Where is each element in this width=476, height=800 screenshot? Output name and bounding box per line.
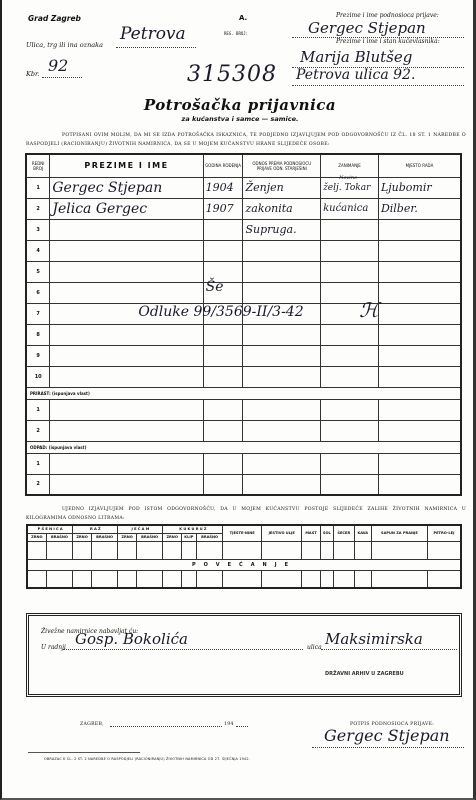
row-number: 10 xyxy=(26,366,50,387)
table-row: 2 xyxy=(26,420,461,441)
birth-year xyxy=(203,303,243,324)
birth-year xyxy=(203,240,243,261)
relation xyxy=(243,240,321,261)
shop-street-value: Maksimirska xyxy=(325,630,423,648)
prirast-label: PRIRAST: (ispunjava vlast) xyxy=(26,387,461,399)
relation xyxy=(243,345,321,366)
form-letter: A. xyxy=(239,14,247,22)
table-row: 5 xyxy=(26,261,461,282)
col-header-birth-year: GODINA ROĐENJA xyxy=(203,154,243,177)
table-row: 1 xyxy=(26,453,461,474)
form-subtitle: za kućanstva i samce — samice. xyxy=(2,115,476,123)
occupation-value: želj. Tokar xyxy=(323,183,370,193)
workplace: Dilber. xyxy=(378,198,461,219)
sub-grain: ZRNO xyxy=(73,533,91,541)
workplace xyxy=(378,261,461,282)
table-row: 10 xyxy=(26,366,461,387)
relation: Ženjen xyxy=(243,177,321,198)
relation: Supruga. xyxy=(243,219,321,240)
odpad-section-header: ODPAD: (ispunjava vlast) xyxy=(26,441,461,453)
occupation xyxy=(321,240,379,261)
birth-year xyxy=(203,219,243,240)
table-row: 7 Odluke 99/3569-II/3-42 ℋ xyxy=(26,303,461,324)
occupation: ℋ xyxy=(321,303,379,324)
form-title: Potrošačka prijavnica xyxy=(2,96,476,114)
signature-field: Gergec Stjepan xyxy=(312,732,464,748)
sub-flour: BRAŠNO xyxy=(91,533,118,541)
group-corn: K U K U R U Z xyxy=(163,525,223,533)
row-number: 5 xyxy=(26,261,50,282)
table-row: 1 Gergec Stjepan 1904 Ženjen Novino želj… xyxy=(26,177,461,198)
col-header-name: PREZIME I IME xyxy=(50,154,203,177)
archive-stamp: DRŽAVNI ARHIV U ZAGREBU xyxy=(325,671,404,677)
col-salt: SOL xyxy=(320,525,333,541)
person-name xyxy=(50,219,203,240)
row-number: 2 xyxy=(26,420,50,441)
row-number: 2 xyxy=(26,198,50,219)
stamp-number: 315308 xyxy=(187,62,277,87)
person-name xyxy=(50,282,203,303)
row-number: 2 xyxy=(26,474,50,495)
persons-table-header: REDNI BROJ PREZIME I IME GODINA ROĐENJA … xyxy=(26,154,461,177)
sub-flour: BRAŠNO xyxy=(136,533,163,541)
workplace xyxy=(378,240,461,261)
person-name xyxy=(50,345,203,366)
house-number-label: Kbr. xyxy=(26,70,39,78)
shop-field: Gosp. Bokolića xyxy=(63,634,303,650)
annotation-initials: Še xyxy=(206,279,224,295)
sub-grain: ZRNO xyxy=(163,533,181,541)
applicant-field: Gergec Stjepan xyxy=(292,22,464,38)
col-pasta: TJESTE-NINE xyxy=(223,525,262,541)
shop-box: Živežne namirnice nabavljat ću: U radnji… xyxy=(26,613,462,697)
group-barley: J E Č A M xyxy=(118,525,163,533)
workplace xyxy=(378,366,461,387)
person-name: Odluke 99/3569-II/3-42 xyxy=(50,303,203,324)
col-soap: SAPUN ZA PRANJE xyxy=(371,525,427,541)
col-sugar: ŠEĆER xyxy=(334,525,355,541)
increase-label: POVEĆANJE xyxy=(27,559,461,570)
occupation xyxy=(321,366,379,387)
shop-value: Gosp. Bokolića xyxy=(75,630,188,648)
sub-grain: ZRNO xyxy=(27,533,46,541)
year-prefix: 194 xyxy=(224,722,234,727)
occupation xyxy=(321,261,379,282)
relation xyxy=(243,261,321,282)
stock-header-row: P Š E N I C A R A Ž J E Č A M K U K U R … xyxy=(27,525,461,533)
street-label: Ulica, trg ili ina oznaka xyxy=(26,41,103,49)
occupation xyxy=(321,324,379,345)
row-number: 1 xyxy=(26,453,50,474)
occupation: kućanica xyxy=(321,198,379,219)
house-number-value: 92 xyxy=(48,56,68,75)
sub-grain: ZRNO xyxy=(118,533,136,541)
sub-flour: BRAŠNO xyxy=(46,533,73,541)
place-label: ZAGREB, xyxy=(80,722,104,727)
person-name xyxy=(50,240,203,261)
street-value: Petrova xyxy=(120,24,186,44)
table-row: 2 xyxy=(26,474,461,495)
increase-values-row xyxy=(27,570,461,588)
col-coffee: KAVA xyxy=(354,525,371,541)
house-number-field: 92 xyxy=(42,58,82,78)
workplace xyxy=(378,282,461,303)
table-row: 9 xyxy=(26,345,461,366)
city-label: Grad Zagreb xyxy=(28,14,81,23)
person-name: Jelica Gergec xyxy=(50,198,203,219)
table-row: 6 Še xyxy=(26,282,461,303)
applicant-label: Prezime i ime podnosioca prijave: xyxy=(336,12,439,19)
group-rye: R A Ž xyxy=(73,525,118,533)
relation xyxy=(243,324,321,345)
footer-divider xyxy=(28,752,140,753)
signature-mark: ℋ xyxy=(359,298,379,322)
row-number: 8 xyxy=(26,324,50,345)
street-field: Petrova xyxy=(116,24,196,48)
stock-values-row xyxy=(27,541,461,559)
owner-value: Marija Blutšeg xyxy=(300,48,412,66)
stock-paragraph: UJEDNO IZJAVLJUJEM POD ISTOM ODGOVORNOŠĆ… xyxy=(26,505,466,523)
col-lard: MAST xyxy=(302,525,320,541)
reg-number-label: REG. BROJ: xyxy=(224,31,248,36)
intro-paragraph: POTPISANI OVIM MOLIM, DA MI SE IZDA POTR… xyxy=(26,132,466,149)
col-header-no: REDNI BROJ xyxy=(26,154,50,177)
row-number: 1 xyxy=(26,177,50,198)
relation: zakonita xyxy=(243,198,321,219)
person-name xyxy=(50,324,203,345)
group-wheat: P Š E N I C A xyxy=(27,525,73,533)
relation xyxy=(243,366,321,387)
table-row: 2 Jelica Gergec 1907 zakonita kućanica D… xyxy=(26,198,461,219)
sub-flour: BRAŠNO xyxy=(196,533,223,541)
relation xyxy=(243,282,321,303)
birth-year: 1907 xyxy=(203,198,243,219)
increase-row: POVEĆANJE xyxy=(27,559,461,570)
date-field xyxy=(110,724,222,727)
table-row: 3 Supruga. xyxy=(26,219,461,240)
table-row: 4 xyxy=(26,240,461,261)
year-field xyxy=(236,724,248,727)
occupation-annotation: Novino xyxy=(339,175,357,181)
relation xyxy=(243,303,321,324)
stock-table: P Š E N I C A R A Ž J E Č A M K U K U R … xyxy=(26,524,462,589)
col-header-workplace: MJESTO RADA xyxy=(378,154,461,177)
owner-field: Marija Blutšeg xyxy=(292,50,464,68)
occupation xyxy=(321,345,379,366)
owner-address-field: Petrova ulica 92. xyxy=(292,70,464,86)
table-row: 8 xyxy=(26,324,461,345)
form-reference: OBRAZAC K ČL. 2 ST. 2 NAREDBE O RASPODJE… xyxy=(44,757,250,761)
person-name xyxy=(50,261,203,282)
workplace xyxy=(378,345,461,366)
sub-cob: KLIP xyxy=(181,533,196,541)
col-header-relation: ODNOS PREMA PODNOSIOCU PRIJAVE ODN. STAR… xyxy=(243,154,321,177)
row-number: 9 xyxy=(26,345,50,366)
table-row: 1 xyxy=(26,399,461,420)
person-name xyxy=(50,366,203,387)
signature-value: Gergec Stjepan xyxy=(324,726,450,745)
row-number: 7 xyxy=(26,303,50,324)
owner-address-value: Petrova ulica 92. xyxy=(296,67,415,83)
shop-street-field: Maksimirska xyxy=(321,634,457,650)
workplace: Ljubomir xyxy=(378,177,461,198)
birth-year xyxy=(203,324,243,345)
owner-label: Prezime i ime i stan kućevlasnika: xyxy=(336,38,440,45)
workplace xyxy=(378,219,461,240)
col-oil: JESTIVO ULJE xyxy=(262,525,302,541)
shop-street-label: ulica xyxy=(307,644,322,651)
birth-year: 1904 xyxy=(203,177,243,198)
applicant-value: Gergec Stjepan xyxy=(308,19,426,37)
row-number: 1 xyxy=(26,399,50,420)
prirast-section-header: PRIRAST: (ispunjava vlast) xyxy=(26,387,461,399)
birth-year xyxy=(203,345,243,366)
col-petroleum: PETRO-LEJ xyxy=(427,525,461,541)
person-name: Gergec Stjepan xyxy=(50,177,203,198)
occupation xyxy=(321,219,379,240)
persons-table: REDNI BROJ PREZIME I IME GODINA ROĐENJA … xyxy=(25,153,462,496)
odpad-label: ODPAD: (ispunjava vlast) xyxy=(26,441,461,453)
row-number: 6 xyxy=(26,282,50,303)
workplace xyxy=(378,303,461,324)
birth-year: Še xyxy=(203,282,243,303)
row-number: 4 xyxy=(26,240,50,261)
workplace xyxy=(378,324,461,345)
birth-year xyxy=(203,366,243,387)
ration-application-form: Grad Zagreb A. REG. BROJ: Ulica, trg ili… xyxy=(0,0,476,800)
occupation: Novino želj. Tokar xyxy=(321,177,379,198)
row-number: 3 xyxy=(26,219,50,240)
